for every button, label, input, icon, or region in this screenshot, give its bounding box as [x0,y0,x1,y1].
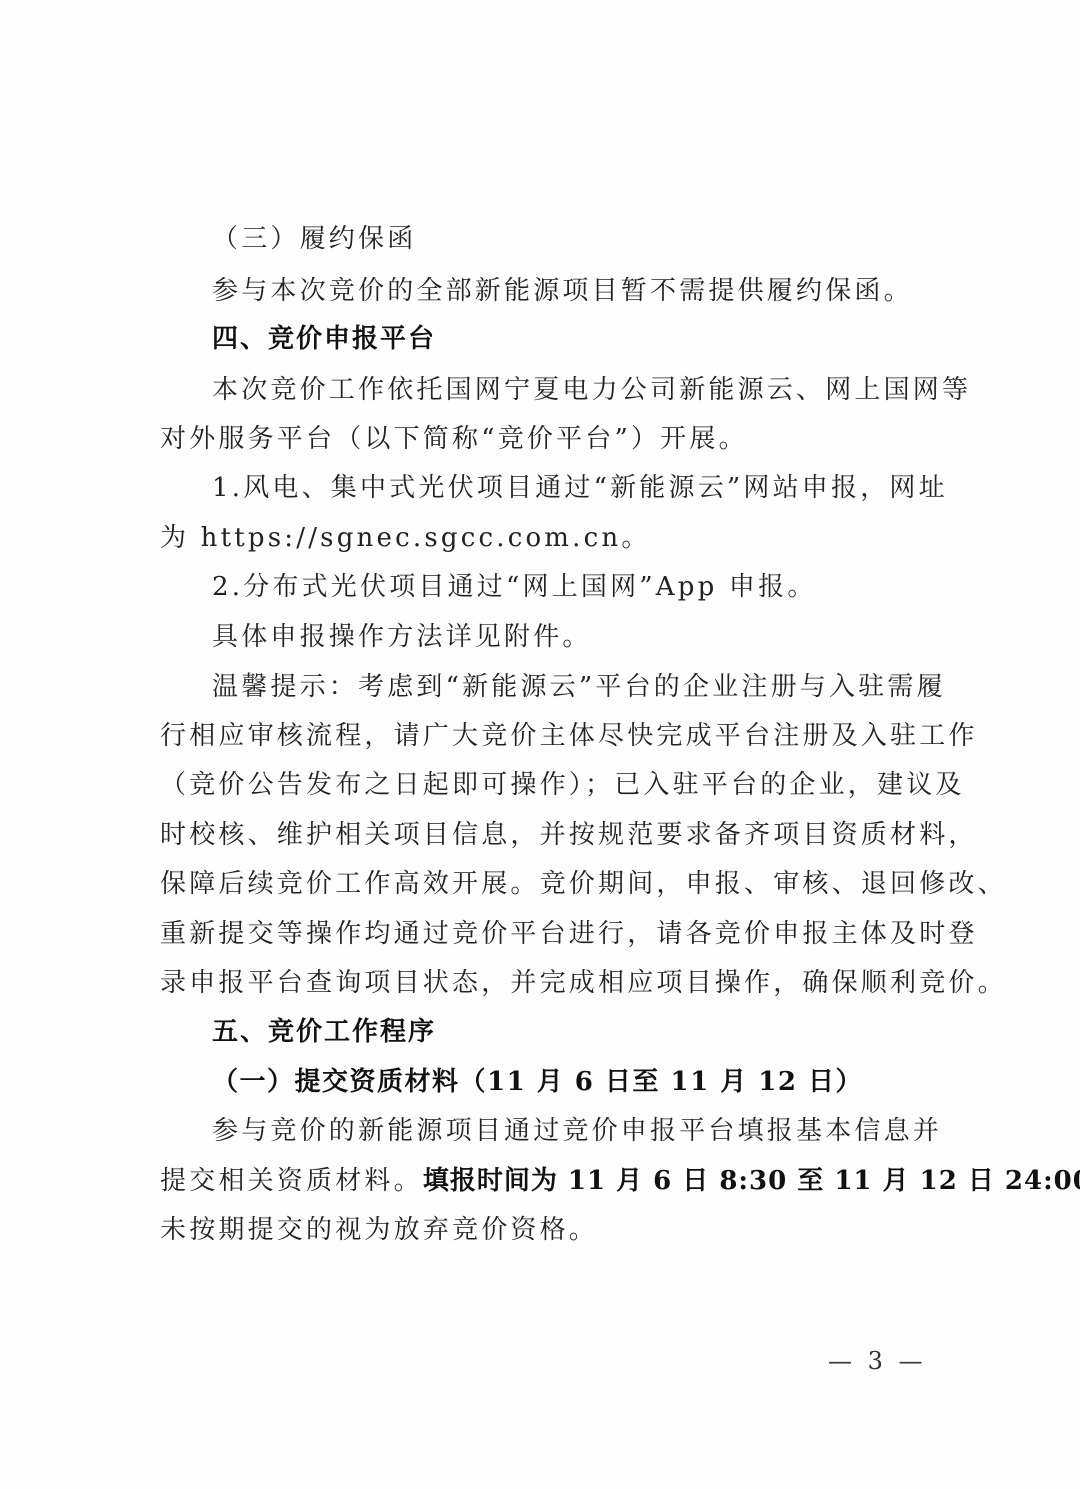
tip-line-3: （竞价公告发布之日起即可操作）；已入驻平台的企业，建议及 [160,768,920,802]
tip-line-1: 温馨提示：考虑到“新能源云”平台的企业注册与入驻需履 [212,670,920,704]
section-5-heading: 五、竞价工作程序 [212,1015,920,1049]
section-4-item1-line-1: 1.风电、集中式光伏项目通过“新能源云”网站申报，网址 [212,471,920,505]
tip-line-4: 时校核、维护相关项目信息，并按规范要求备齐项目资质材料， [160,818,920,852]
tip-line-5: 保障后续竞价工作高效开展。竞价期间，申报、审核、退回修改、 [160,867,920,901]
tip-line-2: 行相应审核流程，请广大竞价主体尽快完成平台注册及入驻工作 [160,719,920,753]
body-normal-text: 提交相关资质材料。 [160,1166,423,1196]
section-4-intro-line-2: 对外服务平台（以下简称“竞价平台”）开展。 [160,422,920,456]
section-4-intro-line-1: 本次竞价工作依托国网宁夏电力公司新能源云、网上国网等 [212,373,920,407]
tip-line-6: 重新提交等操作均通过竞价平台进行，请各竞价申报主体及时登 [160,917,920,951]
section-5-1-body-line-1: 参与竞价的新能源项目通过竞价申报平台填报基本信息并 [212,1114,920,1148]
section-3-3-body: 参与本次竞价的全部新能源项目暂不需提供履约保函。 [212,274,920,308]
tip-line-7: 录申报平台查询项目状态，并完成相应项目操作，确保顺利竞价。 [160,966,920,1000]
section-4-detail: 具体申报操作方法详见附件。 [212,620,920,654]
section-4-item2: 2.分布式光伏项目通过“网上国网”App 申报。 [212,570,920,604]
page-number: — 3 — [828,1347,927,1375]
section-3-3-heading: （三）履约保函 [212,222,920,256]
section-4-item1-line-2: 为 https://sgnec.sgcc.com.cn。 [160,521,920,555]
section-5-1-body-line-2: 提交相关资质材料。填报时间为 11 月 6 日 8:30 至 11 月 12 日… [160,1164,920,1198]
section-5-1-heading: （一）提交资质材料（11 月 6 日至 11 月 12 日） [212,1065,920,1099]
document-page: （三）履约保函 参与本次竞价的全部新能源项目暂不需提供履约保函。 四、竞价申报平… [0,0,1080,1489]
section-4-heading: 四、竞价申报平台 [212,322,920,356]
section-5-1-body-line-3: 未按期提交的视为放弃竞价资格。 [160,1213,920,1247]
deadline-bold-text: 填报时间为 11 月 6 日 8:30 至 11 月 12 日 24:00， [423,1166,1080,1196]
